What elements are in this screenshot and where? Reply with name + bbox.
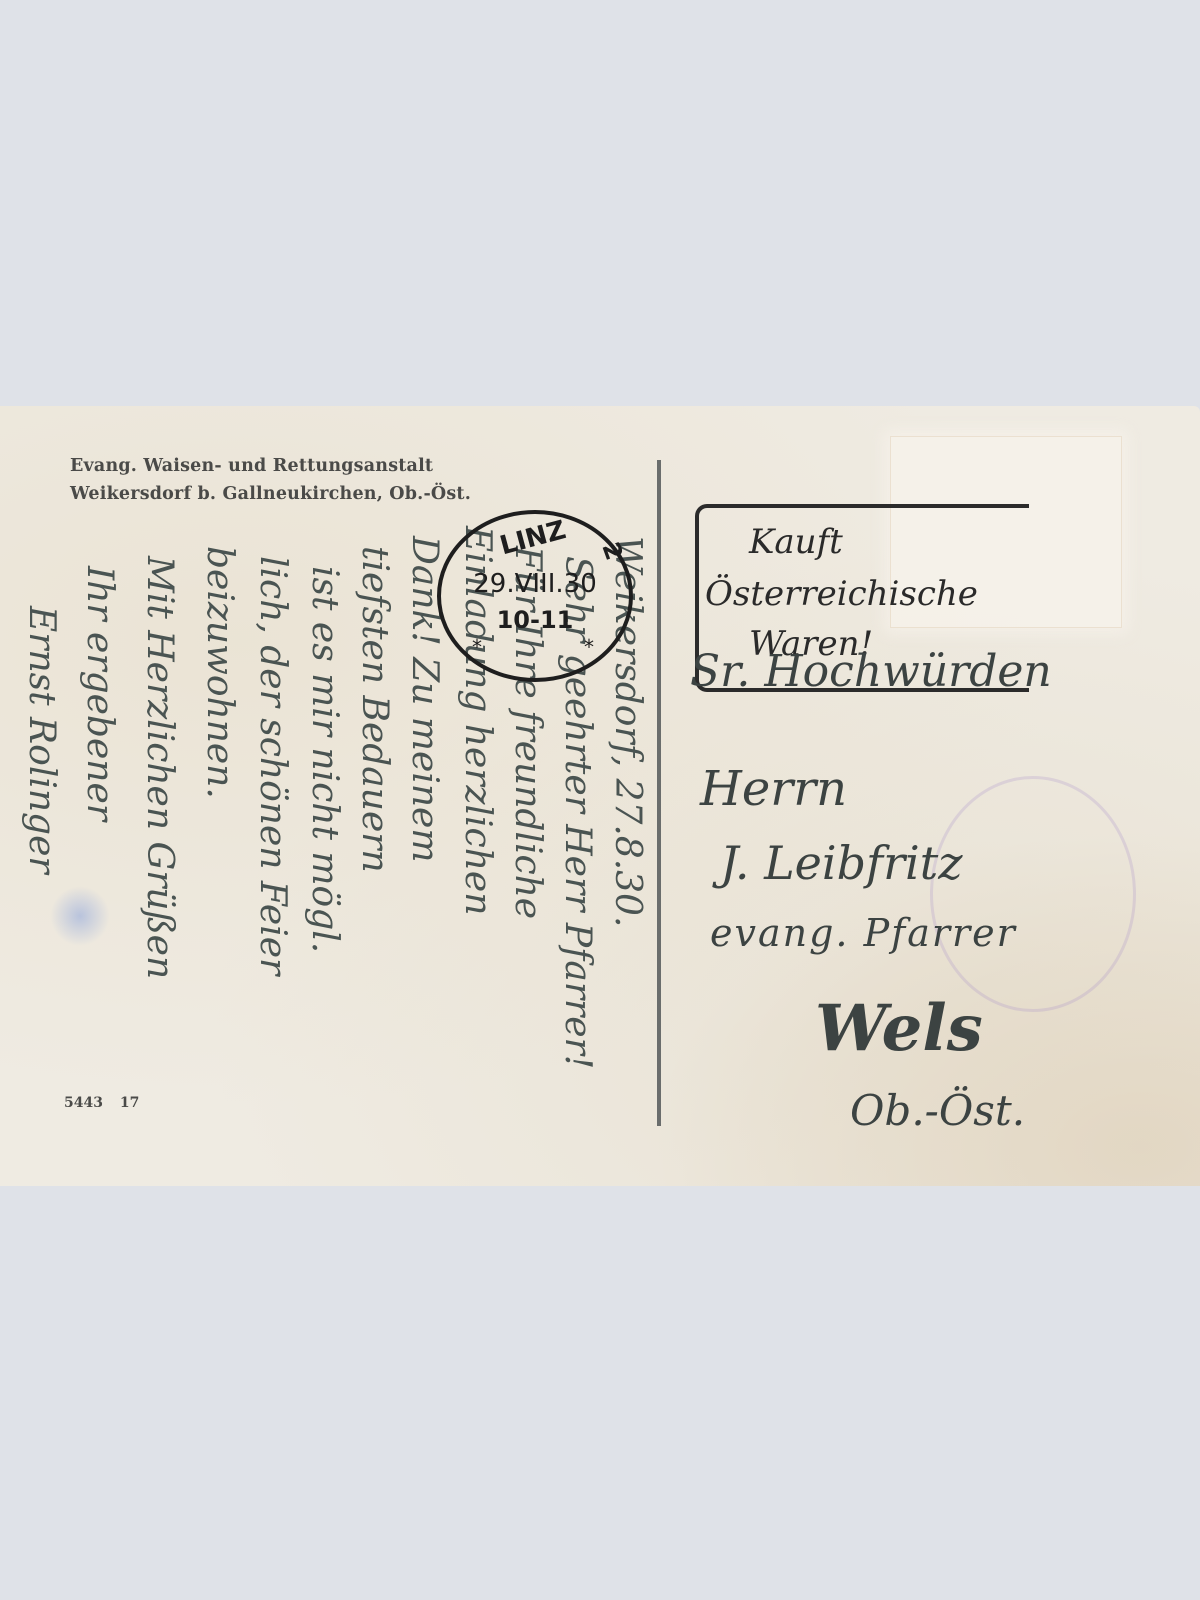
address-region: Ob.-Öst. bbox=[850, 1086, 1025, 1135]
slogan-line-2: Österreichische bbox=[705, 574, 1035, 614]
postmark-city: LINZ bbox=[497, 515, 569, 561]
postcard: Evang. Waisen- und Rettungsanstalt Weike… bbox=[0, 406, 1200, 1186]
ink-smudge bbox=[50, 886, 110, 946]
address-divider-line bbox=[657, 460, 661, 1126]
message-line: beizuwohnen. bbox=[199, 546, 240, 799]
message-line: ist es mir nicht mögl. bbox=[304, 566, 345, 953]
address-recipient-title: evang. Pfarrer bbox=[710, 911, 1017, 955]
linz-postmark: LINZ 2 29.VIII.30 10-11 * * bbox=[432, 506, 638, 686]
address-salutation: Herrn bbox=[700, 761, 847, 817]
address-honorific: Sr. Hochwürden bbox=[690, 646, 1052, 697]
postmark-time: 10-11 bbox=[497, 606, 574, 634]
message-line: Mit Herzlichen Grüßen bbox=[139, 556, 180, 979]
postmark-date: 29.VIII.30 bbox=[473, 569, 597, 599]
message-line: tiefsten Bedauern bbox=[354, 546, 395, 873]
svg-text:*: * bbox=[472, 635, 482, 659]
publisher-number: 5443 17 bbox=[64, 1095, 139, 1111]
message-line: Ernst Rolinger bbox=[21, 606, 62, 874]
address-recipient-name: J. Leibfritz bbox=[720, 836, 963, 890]
message-line: Ihr ergebener bbox=[79, 566, 120, 821]
message-line: lich, der schönen Feier bbox=[252, 556, 293, 975]
slogan-line-1: Kauft bbox=[749, 522, 1079, 562]
postmark-circle-icon: LINZ 2 29.VIII.30 10-11 * * bbox=[432, 506, 638, 686]
svg-text:*: * bbox=[584, 635, 594, 659]
faded-purple-stamp bbox=[930, 776, 1136, 1012]
address-city: Wels bbox=[815, 991, 983, 1066]
